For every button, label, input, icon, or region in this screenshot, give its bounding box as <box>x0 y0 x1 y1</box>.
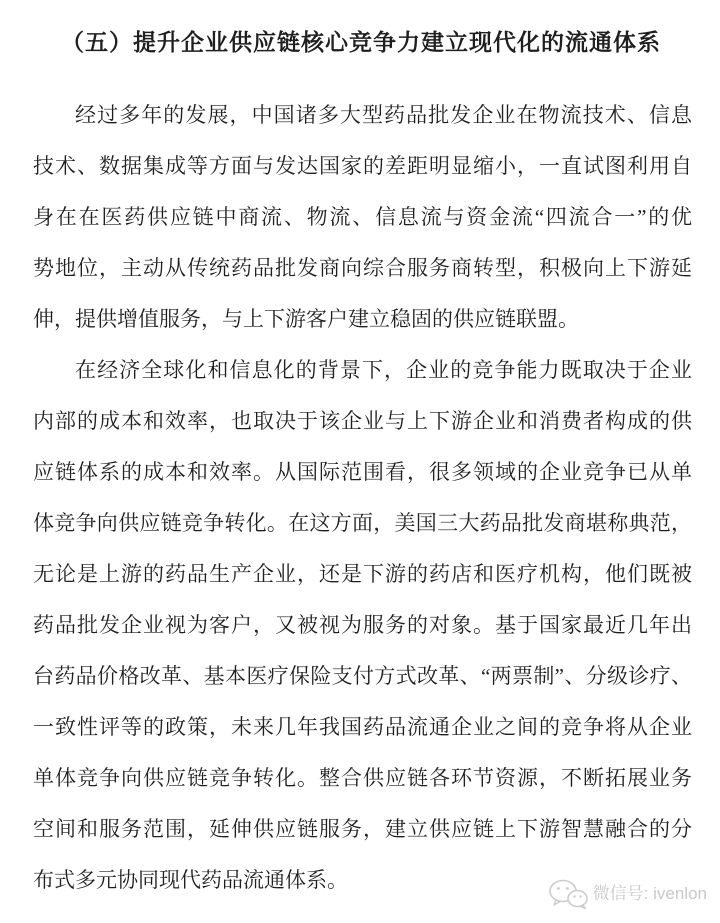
document-page: （五）提升企业供应链核心竞争力建立现代化的流通体系 经过多年的发展，中国诸多大型… <box>0 0 720 923</box>
text-line: 药品批发企业视为客户，又被视为服务的对象。基于国家最近几年出 <box>33 600 692 651</box>
text-line: 一致性评等的政策，未来几年我国药品流通企业之间的竞争将从企业 <box>33 702 692 753</box>
wechat-watermark: 微信号: ivenlon <box>548 879 707 909</box>
section-title: （五）提升企业供应链核心竞争力建立现代化的流通体系 <box>61 26 692 60</box>
text-line: 体竞争向供应链竞争转化。在这方面，美国三大药品批发商堪称典范， <box>33 498 692 549</box>
text-line: 单体竞争向供应链竞争转化。整合供应链各环节资源，不断拓展业务 <box>33 753 692 804</box>
text-line: 技术、数据集成等方面与发达国家的差距明显缩小，一直试图利用自 <box>33 141 692 192</box>
text-line: 空间和服务范围，延伸供应链服务，建立供应链上下游智慧融合的分 <box>33 804 692 855</box>
text-line: 势地位，主动从传统药品批发商向综合服务商转型，积极向上下游延 <box>33 243 692 294</box>
text-line: 在经济全球化和信息化的背景下，企业的竞争能力既取决于企业 <box>33 345 692 396</box>
paragraph: 在经济全球化和信息化的背景下，企业的竞争能力既取决于企业 内部的成本和效率，也取… <box>33 345 692 906</box>
text-line: 身在在医药供应链中商流、物流、信息流与资金流“四流合一”的优 <box>33 192 692 243</box>
text-line: 应链体系的成本和效率。从国际范围看，很多领域的企业竞争已从单 <box>33 447 692 498</box>
wechat-icon <box>548 879 588 909</box>
text-line: 内部的成本和效率，也取决于该企业与上下游企业和消费者构成的供 <box>33 396 692 447</box>
text-line: 台药品价格改革、基本医疗保险支付方式改革、“两票制”、分级诊疗、 <box>33 651 692 702</box>
text-line: 经过多年的发展，中国诸多大型药品批发企业在物流技术、信息 <box>33 90 692 141</box>
paragraph: 经过多年的发展，中国诸多大型药品批发企业在物流技术、信息 技术、数据集成等方面与… <box>33 90 692 345</box>
wechat-id-label: 微信号: ivenlon <box>593 884 707 904</box>
text-line: 无论是上游的药品生产企业，还是下游的药店和医疗机构，他们既被 <box>33 549 692 600</box>
text-line: 伸，提供增值服务，与上下游客户建立稳固的供应链联盟。 <box>33 294 692 345</box>
